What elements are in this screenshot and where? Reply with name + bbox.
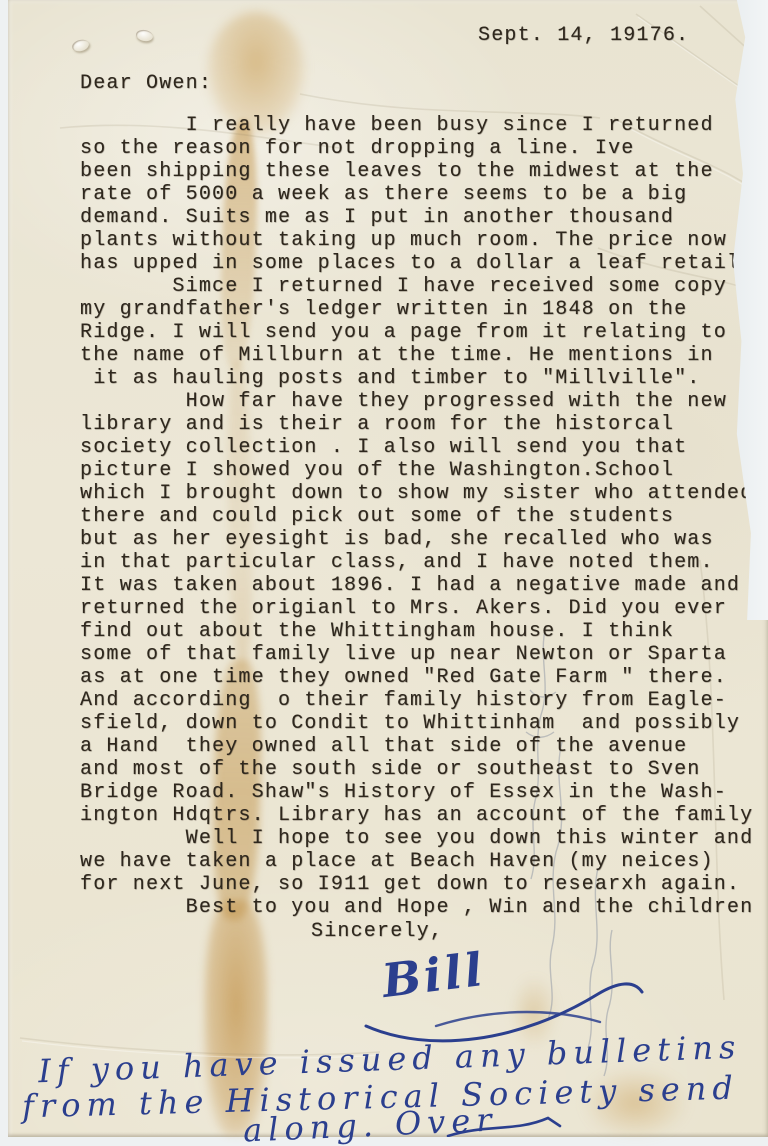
staple-hole: [71, 38, 90, 53]
letter-closing: Sincerely,: [311, 920, 443, 943]
staple-holes: [66, 30, 166, 56]
postscript-top-flourish: [436, 1012, 600, 1026]
scanned-letter: Sept. 14, 19176. Dear Owen: I really hav…: [0, 0, 768, 1146]
signature-handwriting: Bill: [379, 942, 488, 1008]
letter-paper: Sept. 14, 19176. Dear Owen: I really hav…: [8, 0, 768, 1137]
letter-salutation: Dear Owen:: [80, 72, 212, 95]
letter-body: I really have been busy since I returned…: [80, 114, 767, 919]
staple-hole: [135, 29, 154, 43]
letter-date: Sept. 14, 19176.: [478, 24, 689, 47]
